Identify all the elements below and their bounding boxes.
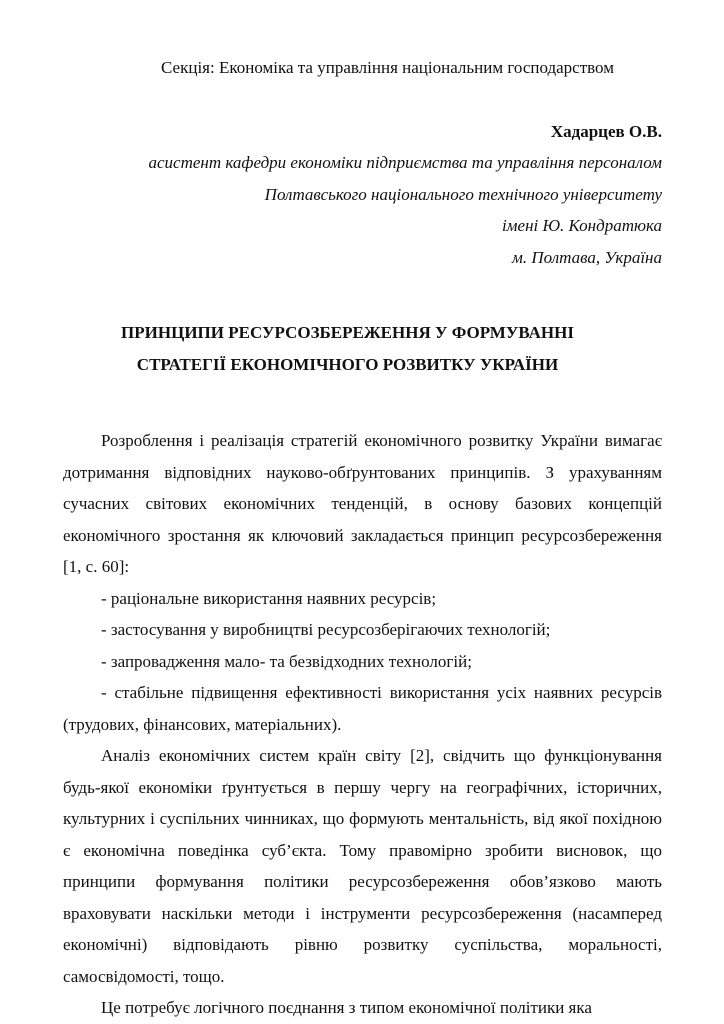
paper-body: Розроблення і реалізація стратегій еконо… — [63, 425, 662, 1024]
body-paragraph-3: Це потребує логічного поєднання з типом … — [63, 992, 662, 1024]
list-item-2: - застосування у виробництві ресурсозбер… — [63, 614, 662, 646]
affiliation-line: м. Полтава, Україна — [63, 242, 662, 274]
list-item-4: - стабільне підвищення ефективності вико… — [63, 677, 662, 740]
list-item-3: - запровадження мало- та безвідходних те… — [63, 646, 662, 678]
paper-title-line-2: СТРАТЕГІЇ ЕКОНОМІЧНОГО РОЗВИТКУ УКРАЇНИ — [63, 349, 632, 381]
list-item-1: - раціональне використання наявних ресур… — [63, 583, 662, 615]
paper-title-line-1: ПРИНЦИПИ РЕСУРСОЗБЕРЕЖЕННЯ У ФОРМУВАННІ — [63, 317, 632, 349]
paper-page: Секція: Економіка та управління націонал… — [0, 0, 724, 1024]
affiliation-line: імені Ю. Кондратюка — [63, 210, 662, 242]
affiliation-block: асистент кафедри економіки підприємства … — [63, 147, 662, 273]
body-paragraph-2: Аналіз економічних систем країн світу [2… — [63, 740, 662, 992]
body-paragraph-1: Розроблення і реалізація стратегій еконо… — [63, 425, 662, 583]
affiliation-line: Полтавського національного технічного ун… — [63, 179, 662, 211]
affiliation-line: асистент кафедри економіки підприємства … — [63, 147, 662, 179]
author-name: Хадарцев О.В. — [63, 116, 662, 148]
section-heading: Секція: Економіка та управління націонал… — [63, 52, 662, 84]
paper-title: ПРИНЦИПИ РЕСУРСОЗБЕРЕЖЕННЯ У ФОРМУВАННІ … — [63, 317, 632, 380]
